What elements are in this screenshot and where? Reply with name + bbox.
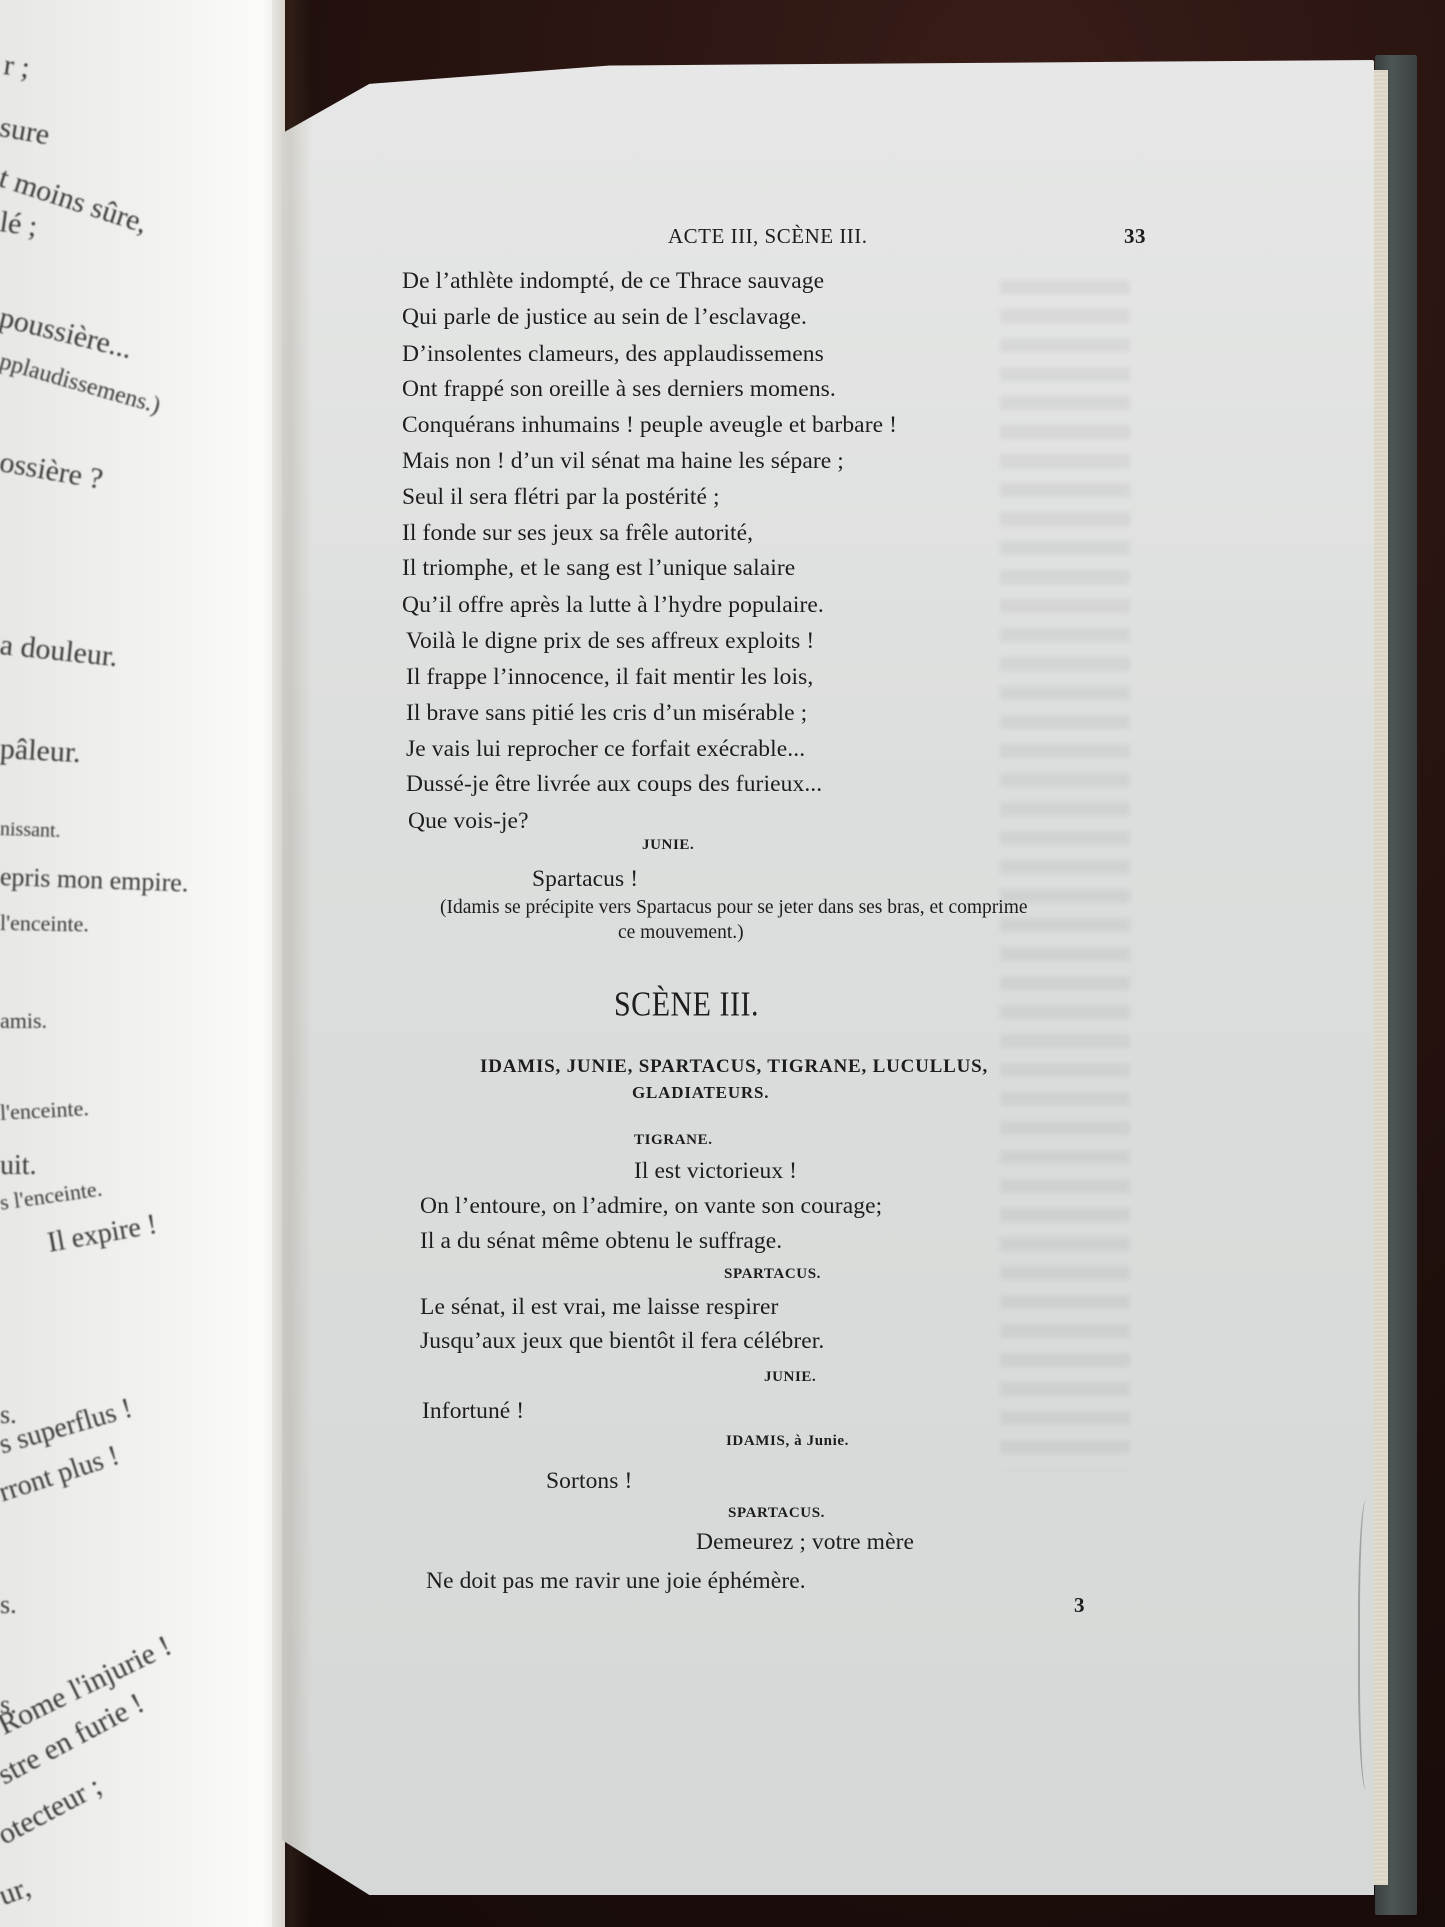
cast-list-line: GLADIATEURS. — [632, 1083, 769, 1103]
verse-line: On l’entoure, on l’admire, on vante son … — [420, 1193, 882, 1220]
speaker-name: IDAMIS, à Junie. — [726, 1433, 849, 1450]
verse-line: Jusqu’aux jeux que bientôt il fera céléb… — [420, 1328, 824, 1355]
facing-page-text-fragment: ur, — [0, 1870, 35, 1913]
verse-line: Spartacus ! — [532, 866, 638, 893]
verse-line: Il triomphe, et le sang est l’unique sal… — [402, 555, 795, 582]
verse-line: Seul il sera flétri par la postérité ; — [402, 484, 720, 511]
facing-page-text-fragment: amis. — [0, 1008, 47, 1034]
verse-line: Ont frappé son oreille à ses derniers mo… — [402, 376, 836, 403]
verse-line: Je vais lui reprocher ce forfait exécrab… — [406, 736, 805, 763]
verse-line: Infortuné ! — [422, 1398, 524, 1425]
verse-line: Voilà le digne prix de ses affreux explo… — [406, 628, 814, 655]
facing-page-text-fragment: l'enceinte. — [0, 910, 89, 938]
speaker-name: JUNIE. — [642, 837, 694, 854]
speaker-name: TIGRANE. — [634, 1132, 713, 1149]
verse-line: De l’athlète indompté, de ce Thrace sauv… — [402, 268, 824, 295]
running-head-title: ACTE III, SCÈNE III. — [668, 224, 868, 249]
facing-page-text-fragment: uit. — [0, 1150, 37, 1182]
verse-line: Que vois-je? — [408, 808, 529, 835]
verse-line: Il frappe l’innocence, il fait mentir le… — [406, 664, 813, 691]
page-fold-crease — [1358, 1500, 1378, 1790]
verse-line: Le sénat, il est vrai, me laisse respire… — [420, 1294, 778, 1321]
facing-page-text-fragment: nissant. — [0, 818, 61, 843]
facing-page-text-fragment: ossière ? — [0, 445, 105, 497]
facing-page-text-fragment: l'enceinte. — [0, 1095, 89, 1126]
speaker-name: SPARTACUS. — [724, 1266, 821, 1283]
verse-line: Qu’il offre après la lutte à l’hydre pop… — [402, 592, 824, 619]
page-number: 33 — [1124, 224, 1146, 249]
verse-line: D’insolentes clameurs, des applaudisseme… — [402, 341, 824, 368]
facing-page-text-fragment: Il expire ! — [45, 1209, 159, 1260]
cast-list-line: IDAMIS, JUNIE, SPARTACUS, TIGRANE, LUCUL… — [480, 1056, 988, 1078]
book-gutter-shadow — [272, 0, 312, 1927]
verse-line: Conquérans inhumains ! peuple aveugle et… — [402, 412, 897, 439]
facing-page-text-fragment: lé ; — [0, 205, 40, 244]
running-head: ACTE III, SCÈNE III. 33 — [402, 224, 1162, 254]
verse-line: Il est victorieux ! — [634, 1158, 797, 1185]
facing-left-page: r ;suret moins sûre,lé ;poussière...ppla… — [0, 0, 285, 1927]
show-through-text — [1000, 270, 1130, 1470]
speaker-name: JUNIE. — [764, 1369, 816, 1386]
verse-line: Qui parle de justice au sein de l’esclav… — [402, 304, 807, 331]
verse-line: Il fonde sur ses jeux sa frêle autorité, — [402, 520, 753, 547]
verse-line: Dussé-je être livrée aux coups des furie… — [406, 771, 822, 798]
verse-line: Il a du sénat même obtenu le suffrage. — [420, 1228, 782, 1255]
stage-direction-line: ce mouvement.) — [618, 922, 744, 944]
scene-title: SCÈNE III. — [614, 985, 759, 1024]
facing-page-text-fragment: pâleur. — [0, 732, 82, 770]
facing-page-text-fragment: sure — [0, 110, 52, 152]
facing-page-text-fragment: s. — [0, 1590, 17, 1620]
verse-line: Demeurez ; votre mère — [696, 1529, 914, 1556]
facing-page-text-fragment: a douleur. — [0, 628, 119, 674]
stage-direction-line: (Idamis se précipite vers Spartacus pour… — [440, 897, 1028, 919]
signature-mark: 3 — [1074, 1593, 1085, 1618]
verse-line: Mais non ! d’un vil sénat ma haine les s… — [402, 448, 844, 475]
verse-line: Sortons ! — [546, 1468, 632, 1495]
verse-line: Ne doit pas me ravir une joie éphémère. — [426, 1568, 806, 1595]
facing-page-text-fragment: pplaudissemens.) — [0, 349, 163, 421]
facing-page-text-fragment: r ; — [2, 48, 32, 85]
verse-line: Il brave sans pitié les cris d’un miséra… — [406, 700, 807, 727]
facing-page-text-fragment: epris mon empire. — [0, 862, 189, 899]
speaker-name: SPARTACUS. — [728, 1505, 825, 1522]
right-page-paper — [282, 60, 1374, 1895]
